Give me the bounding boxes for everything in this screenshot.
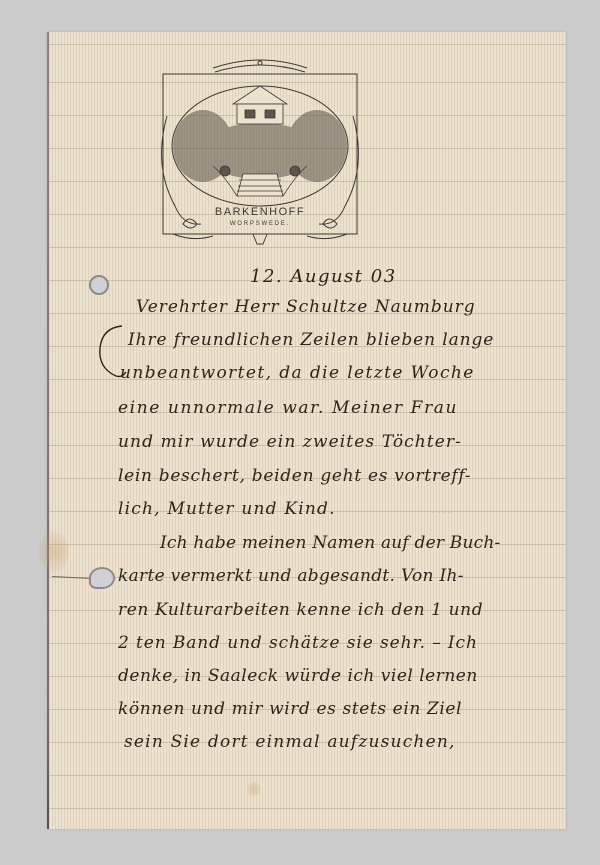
letter-line: lich, Mutter und Kind. (118, 499, 336, 519)
punch-hole-top (89, 275, 109, 295)
letter-line: 2 ten Band und schätze sie sehr. – Ich (118, 633, 478, 653)
letterhead: BARKENHOFF WORPSWEDE. (153, 56, 367, 256)
letter-line: Ich habe meinen Namen auf der Buch- (160, 533, 500, 553)
paper-edge (47, 32, 49, 829)
paper-stain (39, 532, 69, 572)
letter-date: 12. August 03 (250, 266, 397, 287)
letter-salutation: Verehrter Herr Schultze Naumburg (136, 297, 476, 317)
letter-line: eine unnormale war. Meiner Frau (118, 398, 458, 418)
archive-stamp: · · · · (432, 507, 480, 521)
letterhead-subtitle: WORPSWEDE. (153, 221, 367, 227)
letter-line: denke, in Saaleck würde ich viel lernen (118, 666, 478, 686)
letter-line: lein beschert, beiden geht es vortreff- (118, 466, 471, 486)
letter-line: karte vermerkt und abgesandt. Von Ih- (118, 566, 464, 586)
paper-stain (247, 782, 261, 796)
punch-hole-bottom (89, 567, 115, 589)
letterhead-title: BARKENHOFF (153, 206, 367, 218)
letter-line: können und mir wird es stets ein Ziel (118, 699, 462, 719)
letter-line: unbeantwortet, da die letzte Woche (120, 363, 475, 383)
letter-line: sein Sie dort einmal aufzusuchen, (124, 732, 456, 752)
letter-line: und mir wurde ein zweites Töchter- (118, 432, 462, 452)
letter-line: Ihre freundlichen Zeilen blieben lange (128, 330, 494, 350)
letter-line: ren Kulturarbeiten kenne ich den 1 und (118, 600, 483, 620)
tear-line (52, 576, 92, 579)
